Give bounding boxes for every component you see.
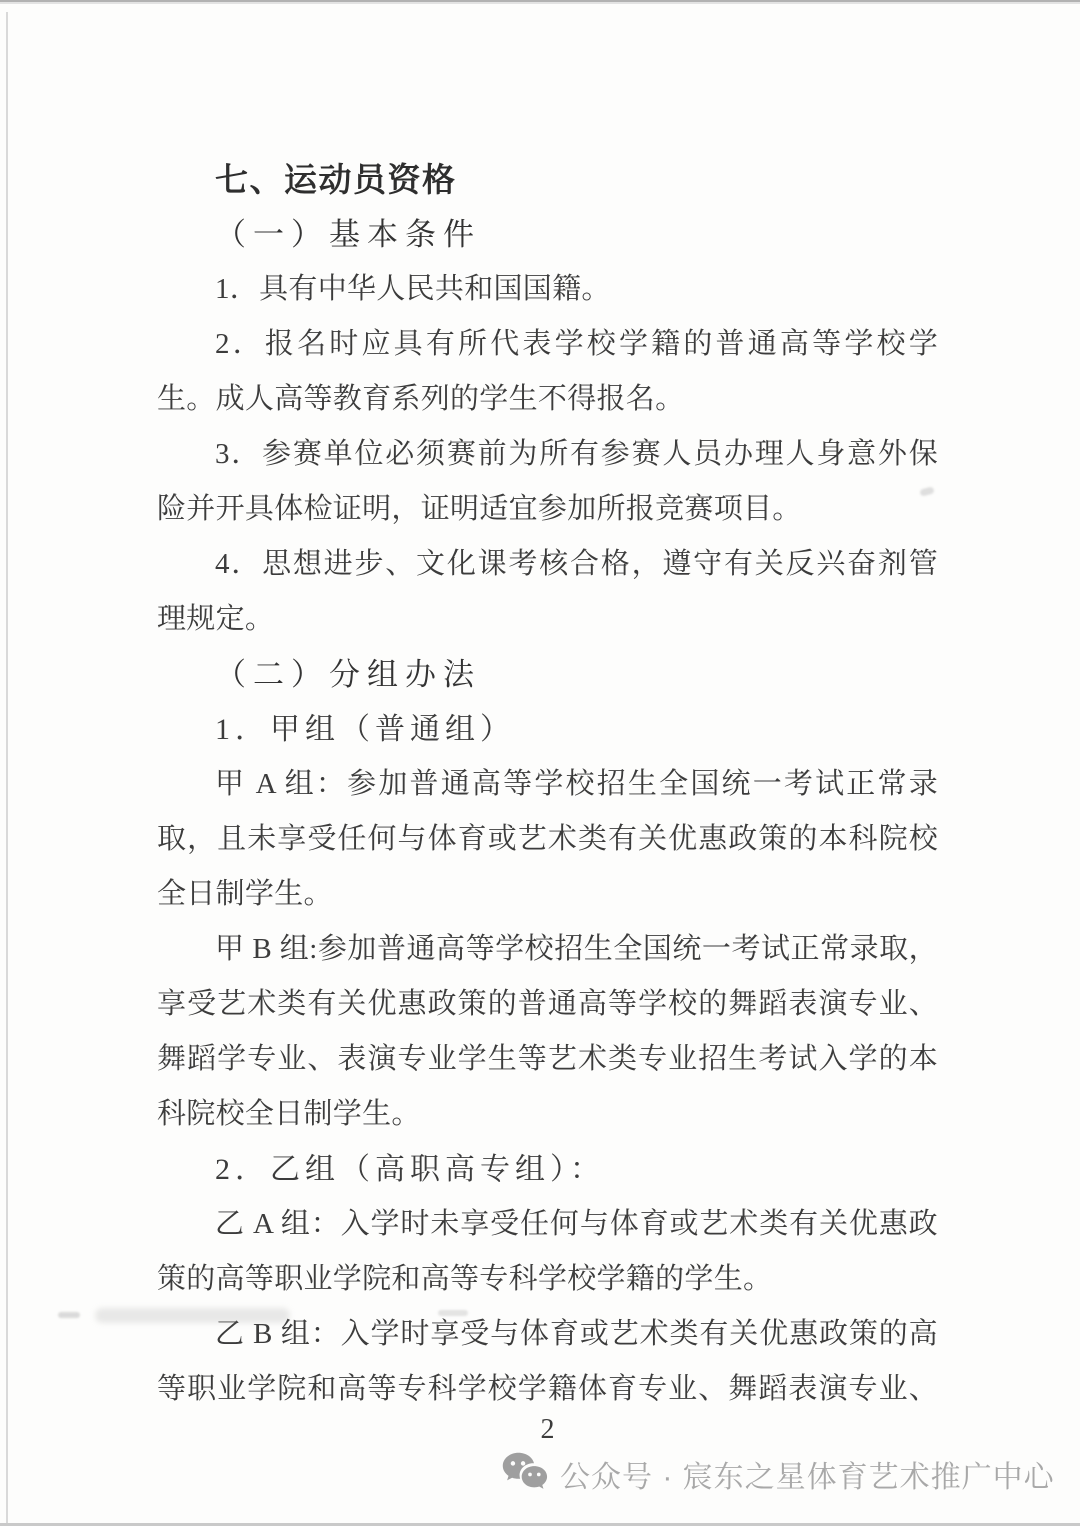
page-number: 2: [157, 1414, 938, 1446]
text-line: 乙 A 组：入学时未享受任何与体育或艺术类有关优惠政: [157, 1197, 938, 1252]
scan-edge-left: [6, 12, 8, 1524]
text-line: （二）分组办法: [157, 647, 938, 702]
text-line: （一）基本条件: [157, 207, 938, 262]
wechat-icon: [500, 1450, 548, 1498]
text-line: 1．具有中华人民共和国国籍。: [157, 262, 938, 317]
document-page: 七、运动员资格（一）基本条件1．具有中华人民共和国国籍。2．报名时应具有所代表学…: [0, 0, 1080, 1526]
text-line: 甲 B 组:参加普通高等学校招生全国统一考试正常录取，: [157, 922, 938, 977]
document-body: 七、运动员资格（一）基本条件1．具有中华人民共和国国籍。2．报名时应具有所代表学…: [157, 152, 938, 1417]
text-line: 舞蹈学专业、表演专业学生等艺术类专业招生考试入学的本: [157, 1032, 938, 1087]
scan-smudge: [438, 1310, 468, 1316]
text-line: 七、运动员资格: [157, 152, 938, 207]
watermark: 公众号 · 宸东之星体育艺术推广中心: [500, 1450, 1055, 1498]
scan-edge-top-shadow: [0, 2, 1080, 4]
text-line: 享受艺术类有关优惠政策的普通高等学校的舞蹈表演专业、: [157, 977, 938, 1032]
text-line: 等职业学院和高等专科学校学籍体育专业、舞蹈表演专业、: [157, 1362, 938, 1417]
text-line: 全日制学生。: [157, 867, 938, 922]
scan-smudge: [95, 1308, 290, 1323]
text-line: 1．甲组（普通组）: [157, 702, 938, 757]
text-line: 险并开具体检证明，证明适宜参加所报竞赛项目。: [157, 482, 938, 537]
text-line: 生。成人高等教育系列的学生不得报名。: [157, 372, 938, 427]
scan-smudge: [58, 1312, 80, 1318]
text-line: 3．参赛单位必须赛前为所有参赛人员办理人身意外保: [157, 427, 938, 482]
text-line: 理规定。: [157, 592, 938, 647]
text-line: 科院校全日制学生。: [157, 1087, 938, 1142]
text-line: 4．思想进步、文化课考核合格，遵守有关反兴奋剂管: [157, 537, 938, 592]
watermark-text: 公众号 · 宸东之星体育艺术推广中心: [560, 1452, 1055, 1496]
text-line: 策的高等职业学院和高等专科学校学籍的学生。: [157, 1252, 938, 1307]
text-line: 2．乙组（高职高专组）：: [157, 1142, 938, 1197]
text-line: 取，且未享受任何与体育或艺术类有关优惠政策的本科院校: [157, 812, 938, 867]
text-line: 2．报名时应具有所代表学校学籍的普通高等学校学: [157, 317, 938, 372]
text-line: 甲 A 组：参加普通高等学校招生全国统一考试正常录: [157, 757, 938, 812]
